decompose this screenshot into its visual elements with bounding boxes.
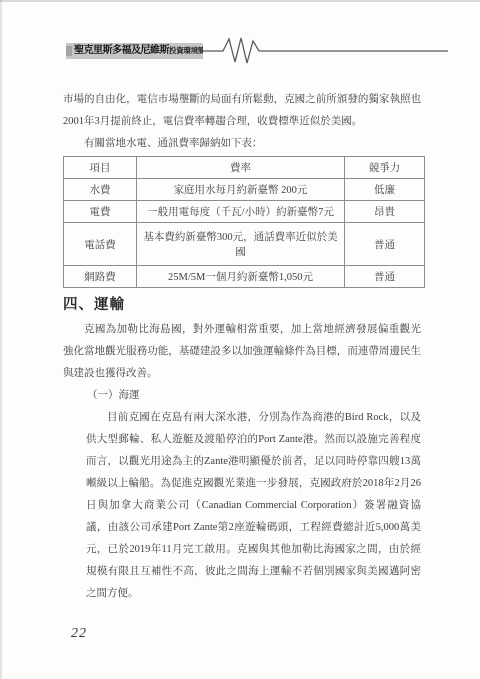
- body-line: 與建設也獲得改善。: [63, 363, 421, 385]
- table-cell: 一般用電每度（千瓦/小時）約新臺幣7元: [137, 201, 345, 223]
- body-line: 之間方便。: [86, 583, 421, 605]
- table-cell: 電話費: [64, 223, 137, 266]
- col-header-competitiveness: 競爭力: [345, 157, 425, 179]
- document-title: 聖克里斯多福及尼維斯: [74, 43, 169, 59]
- table-cell: 低廉: [345, 179, 425, 201]
- table-row: 網路費 25M/5M一個月約新臺幣1,050元 普通: [64, 265, 425, 287]
- body-line: 元，已於2019年11月完工啟用。克國與其他加勒比海國家之間，由於經濟: [86, 539, 421, 561]
- heartbeat-rule-icon: [203, 36, 448, 66]
- table-cell: 25M/5M一個月約新臺幣1,050元: [137, 265, 345, 287]
- body-line: 日與加拿大商業公司（Canadian Commercial Corporatio…: [86, 495, 421, 517]
- table-cell: 基本費約新臺幣300元，通話費率近似於美國: [137, 223, 345, 266]
- col-header-item: 項目: [64, 157, 137, 179]
- body-line: 目前克國在克島有兩大深水港，分別為作為商港的Bird Rock，以及: [86, 407, 421, 429]
- body-line: 噸級以上輪船。為促進克國觀光業進一步發展，克國政府於2018年2月26: [86, 473, 421, 495]
- body-line: 而言，以觀光用途為主的Zante港明顯優於前者，足以同時停靠四艘13萬: [86, 451, 421, 473]
- subsection-heading-sea-transport: （一）海運: [87, 385, 140, 407]
- table-cell: 電費: [64, 201, 137, 223]
- document-subtitle: 投資環境簡介: [169, 43, 203, 59]
- table-cell: 家庭用水每月約新臺幣 200元: [137, 179, 345, 201]
- table-cell: 普通: [345, 223, 425, 266]
- sea-transport-paragraph: 目前克國在克島有兩大深水港，分別為作為商港的Bird Rock，以及 供大型郵輪…: [86, 407, 421, 605]
- transportation-paragraph: 克國為加勒比海島國，對外運輸相當重要，加上當地經濟發展偏重觀光業，為 強化當地觀…: [63, 319, 421, 385]
- table-cell: 水費: [64, 179, 137, 201]
- utility-rates-table: 項目 費率 競爭力 水費 家庭用水每月約新臺幣 200元 低廉 電費 一般用電每…: [63, 156, 425, 288]
- table-row: 電話費 基本費約新臺幣300元，通話費率近似於美國 普通: [64, 223, 425, 266]
- header-banner: 聖克里斯多福及尼維斯 投資環境簡介: [66, 43, 203, 59]
- body-line: 規模有限且互補性不高，彼此之間海上運輸不若個別國家與美國邁阿密: [86, 561, 421, 583]
- table-header-row: 項目 費率 競爭力: [64, 157, 425, 179]
- body-line: 議，由該公司承建Port Zante第2座遊輪碼頭，工程經費總計近5,000萬美: [86, 517, 421, 539]
- table-row: 水費 家庭用水每月約新臺幣 200元 低廉: [64, 179, 425, 201]
- intro-paragraph: 市場的自由化，電信市場壟斷的局面有所鬆動，克國之前所頒發的獨家執照也於 2001…: [63, 89, 421, 155]
- intro-line: 市場的自由化，電信市場壟斷的局面有所鬆動，克國之前所頒發的獨家執照也於: [63, 89, 421, 111]
- table-cell: 昂貴: [345, 201, 425, 223]
- page-number: 22: [71, 626, 87, 642]
- document-page: 聖克里斯多福及尼維斯 投資環境簡介 市場的自由化，電信市場壟斷的局面有所鬆動，克…: [0, 0, 480, 679]
- table-row: 電費 一般用電每度（千瓦/小時）約新臺幣7元 昂貴: [64, 201, 425, 223]
- body-line: 供大型郵輪、私人遊艇及渡船停泊的Port Zante港。然而以設施完善程度: [86, 429, 421, 451]
- body-line: 強化當地觀光服務功能，基礎建設多以加強運輸條件為目標，而連帶周邊民生設施: [63, 341, 421, 363]
- body-line: 克國為加勒比海島國，對外運輸相當重要，加上當地經濟發展偏重觀光業，為: [63, 319, 421, 341]
- table-cell: 網路費: [64, 265, 137, 287]
- col-header-rate: 費率: [137, 157, 345, 179]
- intro-line: 2001年3月提前終止，電信費率轉趨合理，收費標準近似於美國。: [63, 111, 421, 133]
- table-lead-in: 有關當地水電、通訊費率歸納如下表：: [63, 133, 421, 155]
- banner-left-cap: [66, 46, 72, 56]
- section-heading-transportation: 四、運輸: [63, 293, 125, 314]
- table-cell: 普通: [345, 265, 425, 287]
